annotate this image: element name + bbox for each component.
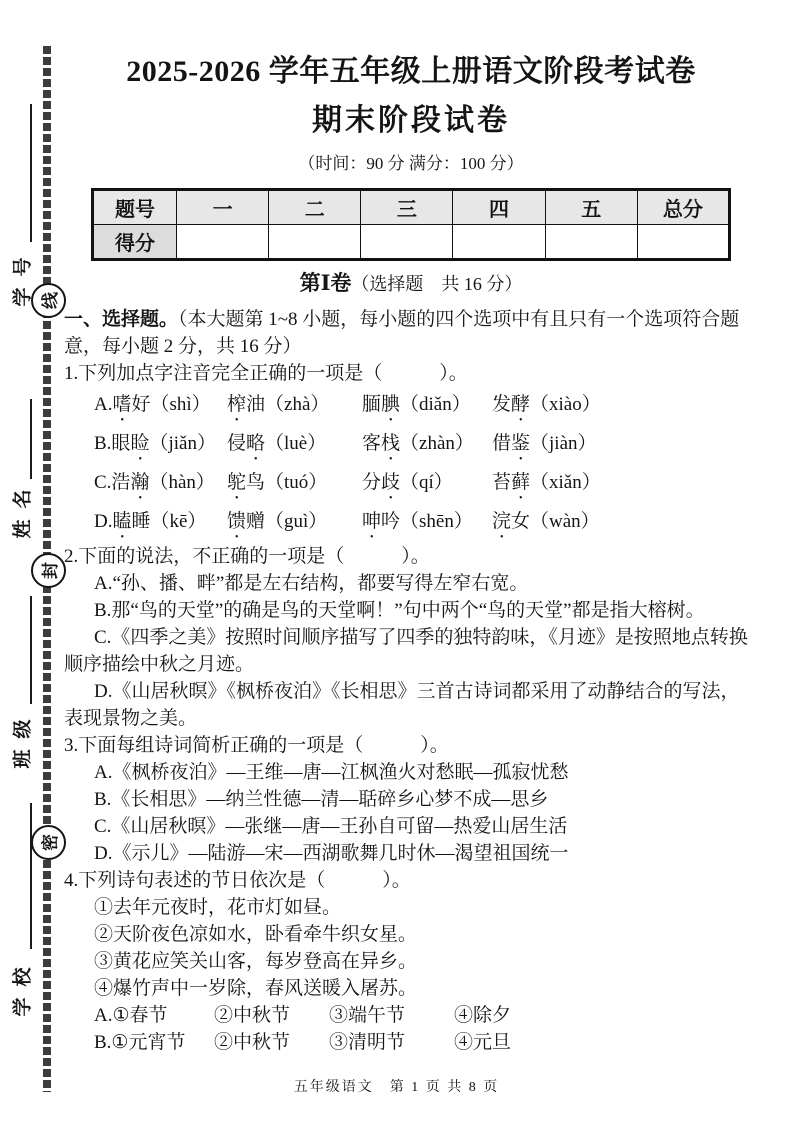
score-table-header-cell: 一 — [177, 190, 269, 225]
score-blank-cell — [545, 225, 637, 260]
question-4-line-4: ④爆竹声中一岁除，春风送暖入屠苏。 — [64, 975, 758, 1002]
exam-title: 2025-2026 学年五年级上册语文阶段考试卷 — [64, 52, 758, 91]
option-item: ②中秋节 — [214, 1029, 329, 1056]
option-item: 发酵（xiào） — [492, 387, 758, 426]
question-2: 2.下面的说法，不正确的一项是（ ）。 A.“孙、播、畔”都是左右结构，都要写得… — [64, 543, 758, 732]
class-label: 班级 — [8, 708, 35, 768]
student-id-blank-line — [30, 104, 32, 242]
question-3-option-d: D.《示儿》—陆游—宋—西湖歌舞几时休—渴望祖国统一 — [64, 840, 758, 867]
seal-char-xian: 线 — [31, 283, 66, 318]
margin-label-name: 姓名 — [2, 460, 40, 556]
option-item: B.①元宵节 — [94, 1029, 214, 1056]
question-3-option-b: B.《长相思》—纳兰性德—清—聒碎乡心梦不成—思乡 — [64, 786, 758, 813]
seal-char-mi-text: 密 — [36, 834, 61, 851]
score-table-header-cell: 四 — [453, 190, 545, 225]
question-3-option-a: A.《枫桥夜泊》—王维—唐—江枫渔火对愁眠—孤寂忧愁 — [64, 759, 758, 786]
option-item: 借鉴（jiàn） — [492, 426, 758, 465]
questions-area: 一、选择题。（本大题第 1~8 小题，每小题的四个选项中有且只有一个选项符合题意… — [64, 306, 758, 1056]
section-intro: 一、选择题。（本大题第 1~8 小题，每小题的四个选项中有且只有一个选项符合题意… — [64, 306, 758, 360]
class-blank-line — [30, 596, 32, 704]
score-table-header-cell: 三 — [361, 190, 453, 225]
question-4-option-a: A.①春节 ②中秋节 ③端午节 ④除夕 — [64, 1002, 758, 1029]
question-2-option-c: C.《四季之美》按照时间顺序描写了四季的独特韵味，《月迹》是按照地点转换顺序描绘… — [64, 624, 758, 678]
name-label: 姓名 — [8, 478, 35, 538]
option-item: ④除夕 — [454, 1002, 758, 1029]
part1-title-rest: （选择题 共 16 分） — [351, 274, 522, 294]
option-item: D.瞌睡（kē） — [94, 504, 227, 543]
section-intro-bold: 一、选择题。 — [64, 309, 178, 330]
option-item: 腼腆（diǎn） — [362, 387, 492, 426]
score-blank-cell — [637, 225, 729, 260]
question-1: 1.下列加点字注音完全正确的一项是（ ）。 A.嗜好（shì） 榨油（zhà） … — [64, 360, 758, 543]
option-item: ②中秋节 — [214, 1002, 329, 1029]
option-item: 馈赠（guì） — [227, 504, 362, 543]
option-item: 苔藓（xiǎn） — [492, 465, 758, 504]
score-row-label: 得分 — [93, 225, 177, 260]
school-label: 学校 — [8, 956, 35, 1016]
option-item: ③清明节 — [329, 1029, 454, 1056]
score-table-score-row: 得分 — [93, 225, 730, 260]
score-table-header-row: 题号 一 二 三 四 五 总分 — [93, 190, 730, 225]
question-4-option-b: B.①元宵节 ②中秋节 ③清明节 ④元旦 — [64, 1029, 758, 1056]
question-2-option-d: D.《山居秋暝》《枫桥夜泊》《长相思》三首古诗词都采用了动静结合的写法，表现景物… — [64, 678, 758, 732]
question-3-stem: 3.下面每组诗词简析正确的一项是（ ）。 — [64, 732, 758, 759]
seal-char-feng: 封 — [31, 553, 66, 588]
question-1-stem: 1.下列加点字注音完全正确的一项是（ ）。 — [64, 360, 758, 387]
part1-title: 第Ⅰ卷（选择题 共 16 分） — [64, 269, 758, 298]
score-table-header-cell: 总分 — [637, 190, 729, 225]
margin-label-class: 班级 — [2, 690, 40, 786]
score-table-header-cell: 二 — [269, 190, 361, 225]
score-blank-cell — [361, 225, 453, 260]
question-3: 3.下面每组诗词简析正确的一项是（ ）。 A.《枫桥夜泊》—王维—唐—江枫渔火对… — [64, 732, 758, 867]
exam-content: 2025-2026 学年五年级上册语文阶段考试卷 期末阶段试卷 （时间：90 分… — [64, 46, 758, 1056]
question-2-option-b: B.那“鸟的天堂”的确是鸟的天堂啊！”句中两个“鸟的天堂”都是指大榕树。 — [64, 597, 758, 624]
question-3-option-c: C.《山居秋暝》—张继—唐—王孙自可留—热爱山居生活 — [64, 813, 758, 840]
option-item: 呻吟（shēn） — [362, 504, 492, 543]
question-4-line-3: ③黄花应笑关山客，每岁登高在异乡。 — [64, 948, 758, 975]
score-blank-cell — [177, 225, 269, 260]
page-footer: 五年级语文 第 1 页 共 8 页 — [0, 1076, 793, 1096]
question-1-option-c: C.浩瀚（hàn） 鸵鸟（tuó） 分歧（qí） 苔藓（xiǎn） — [64, 465, 758, 504]
question-4-line-1: ①去年元夜时，花市灯如昼。 — [64, 894, 758, 921]
question-4-line-2: ②天阶夜色凉如水，卧看牵牛织女星。 — [64, 921, 758, 948]
exam-paper-page: 学号 姓名 班级 学校 线 封 密 2025-2026 学年五年级上册语文阶段考… — [0, 0, 793, 1122]
option-item: A.①春节 — [94, 1002, 214, 1029]
option-item: B.眼睑（jiǎn） — [94, 426, 227, 465]
score-table: 题号 一 二 三 四 五 总分 得分 — [91, 188, 731, 261]
option-item: 客栈（zhàn） — [362, 426, 492, 465]
option-item: C.浩瀚（hàn） — [94, 465, 227, 504]
seal-char-mi: 密 — [31, 825, 66, 860]
score-blank-cell — [453, 225, 545, 260]
option-item: ③端午节 — [329, 1002, 454, 1029]
question-1-option-b: B.眼睑（jiǎn） 侵略（luè） 客栈（zhàn） 借鉴（jiàn） — [64, 426, 758, 465]
question-2-option-a: A.“孙、播、畔”都是左右结构，都要写得左窄右宽。 — [64, 570, 758, 597]
option-item: A.嗜好（shì） — [94, 387, 227, 426]
seal-char-feng-text: 封 — [36, 562, 61, 579]
option-item: 侵略（luè） — [227, 426, 362, 465]
question-4-stem: 4.下列诗句表述的节日依次是（ ）。 — [64, 867, 758, 894]
option-item: 榨油（zhà） — [227, 387, 362, 426]
exam-meta: （时间：90 分 满分：100 分） — [64, 152, 758, 176]
option-item: 浣女（wàn） — [492, 504, 758, 543]
option-item: 鸵鸟（tuó） — [227, 465, 362, 504]
score-table-header-cell: 题号 — [93, 190, 177, 225]
exam-subtitle: 期末阶段试卷 — [64, 101, 758, 140]
seal-char-xian-text: 线 — [36, 292, 61, 309]
question-1-option-a: A.嗜好（shì） 榨油（zhà） 腼腆（diǎn） 发酵（xiào） — [64, 387, 758, 426]
question-1-option-d: D.瞌睡（kē） 馈赠（guì） 呻吟（shēn） 浣女（wàn） — [64, 504, 758, 543]
score-blank-cell — [269, 225, 361, 260]
question-2-stem: 2.下面的说法，不正确的一项是（ ）。 — [64, 543, 758, 570]
school-blank-line — [30, 803, 32, 949]
margin-label-school: 学校 — [2, 938, 40, 1034]
option-item: 分歧（qí） — [362, 465, 492, 504]
option-item: ④元旦 — [454, 1029, 758, 1056]
score-table-header-cell: 五 — [545, 190, 637, 225]
part1-title-bold: 第Ⅰ卷 — [300, 271, 352, 295]
question-4: 4.下列诗句表述的节日依次是（ ）。 ①去年元夜时，花市灯如昼。 ②天阶夜色凉如… — [64, 867, 758, 1056]
